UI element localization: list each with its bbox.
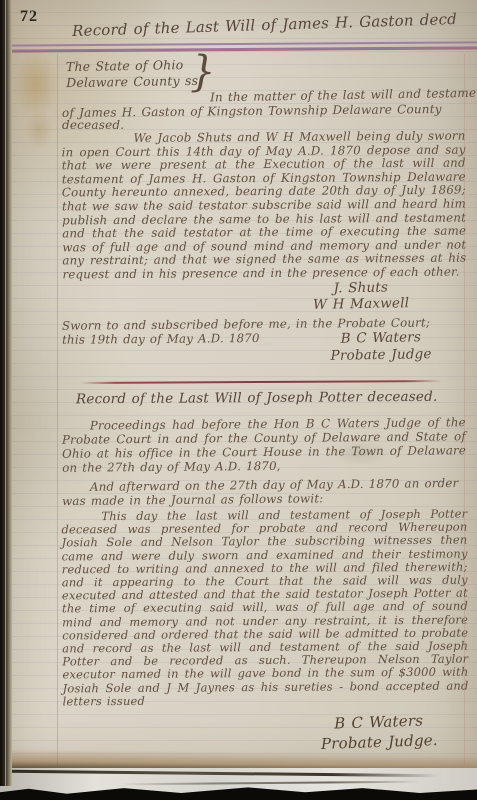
- order-intro-paragraph: And afterward on the 27th day of May A.D…: [62, 477, 466, 509]
- page-crease: [10, 770, 440, 778]
- page-number: 72: [20, 8, 38, 26]
- potter-record-title: Record of the Last Will of Joseph Potter…: [76, 389, 456, 408]
- ledger-page: 72 Record of the Last Will of James H. G…: [0, 0, 477, 772]
- book-binding: [0, 0, 12, 786]
- ledger-photo: 72 Record of the Last Will of James H. G…: [0, 0, 477, 800]
- stain: [14, 50, 58, 120]
- order-body-paragraph: This day the last will and testament of …: [61, 508, 468, 709]
- venue-caption: The State of Ohio Delaware County ss: [66, 57, 199, 91]
- section-divider: [80, 380, 442, 384]
- witness-signature-maxwell: W H Maxwell: [276, 295, 446, 314]
- left-margin-line: [57, 54, 58, 766]
- brace-mark: }: [190, 51, 215, 93]
- judge-signature-block: B C Waters Probate Judge: [296, 329, 467, 366]
- gaston-record-title: Record of the Last Will of James H. Gast…: [72, 10, 458, 40]
- proceedings-paragraph: Proceedings had before the Hon B C Water…: [62, 415, 466, 475]
- page-crease: [120, 781, 420, 786]
- stain: [24, 110, 54, 150]
- venue-county: Delaware County ss: [66, 73, 198, 91]
- judge-title: Probate Judge: [296, 346, 466, 366]
- judge-signature-block-2: B C Waters Probate Judge.: [283, 709, 474, 756]
- witness-signatures: J. Shuts W H Maxwell: [276, 279, 447, 314]
- binding-edge-line: [5, 0, 6, 786]
- witness-deposition: We Jacob Shuts and W H Maxwell being dul…: [61, 130, 466, 282]
- header-rule: [6, 41, 477, 52]
- matter-deceased: deceased.: [62, 118, 124, 132]
